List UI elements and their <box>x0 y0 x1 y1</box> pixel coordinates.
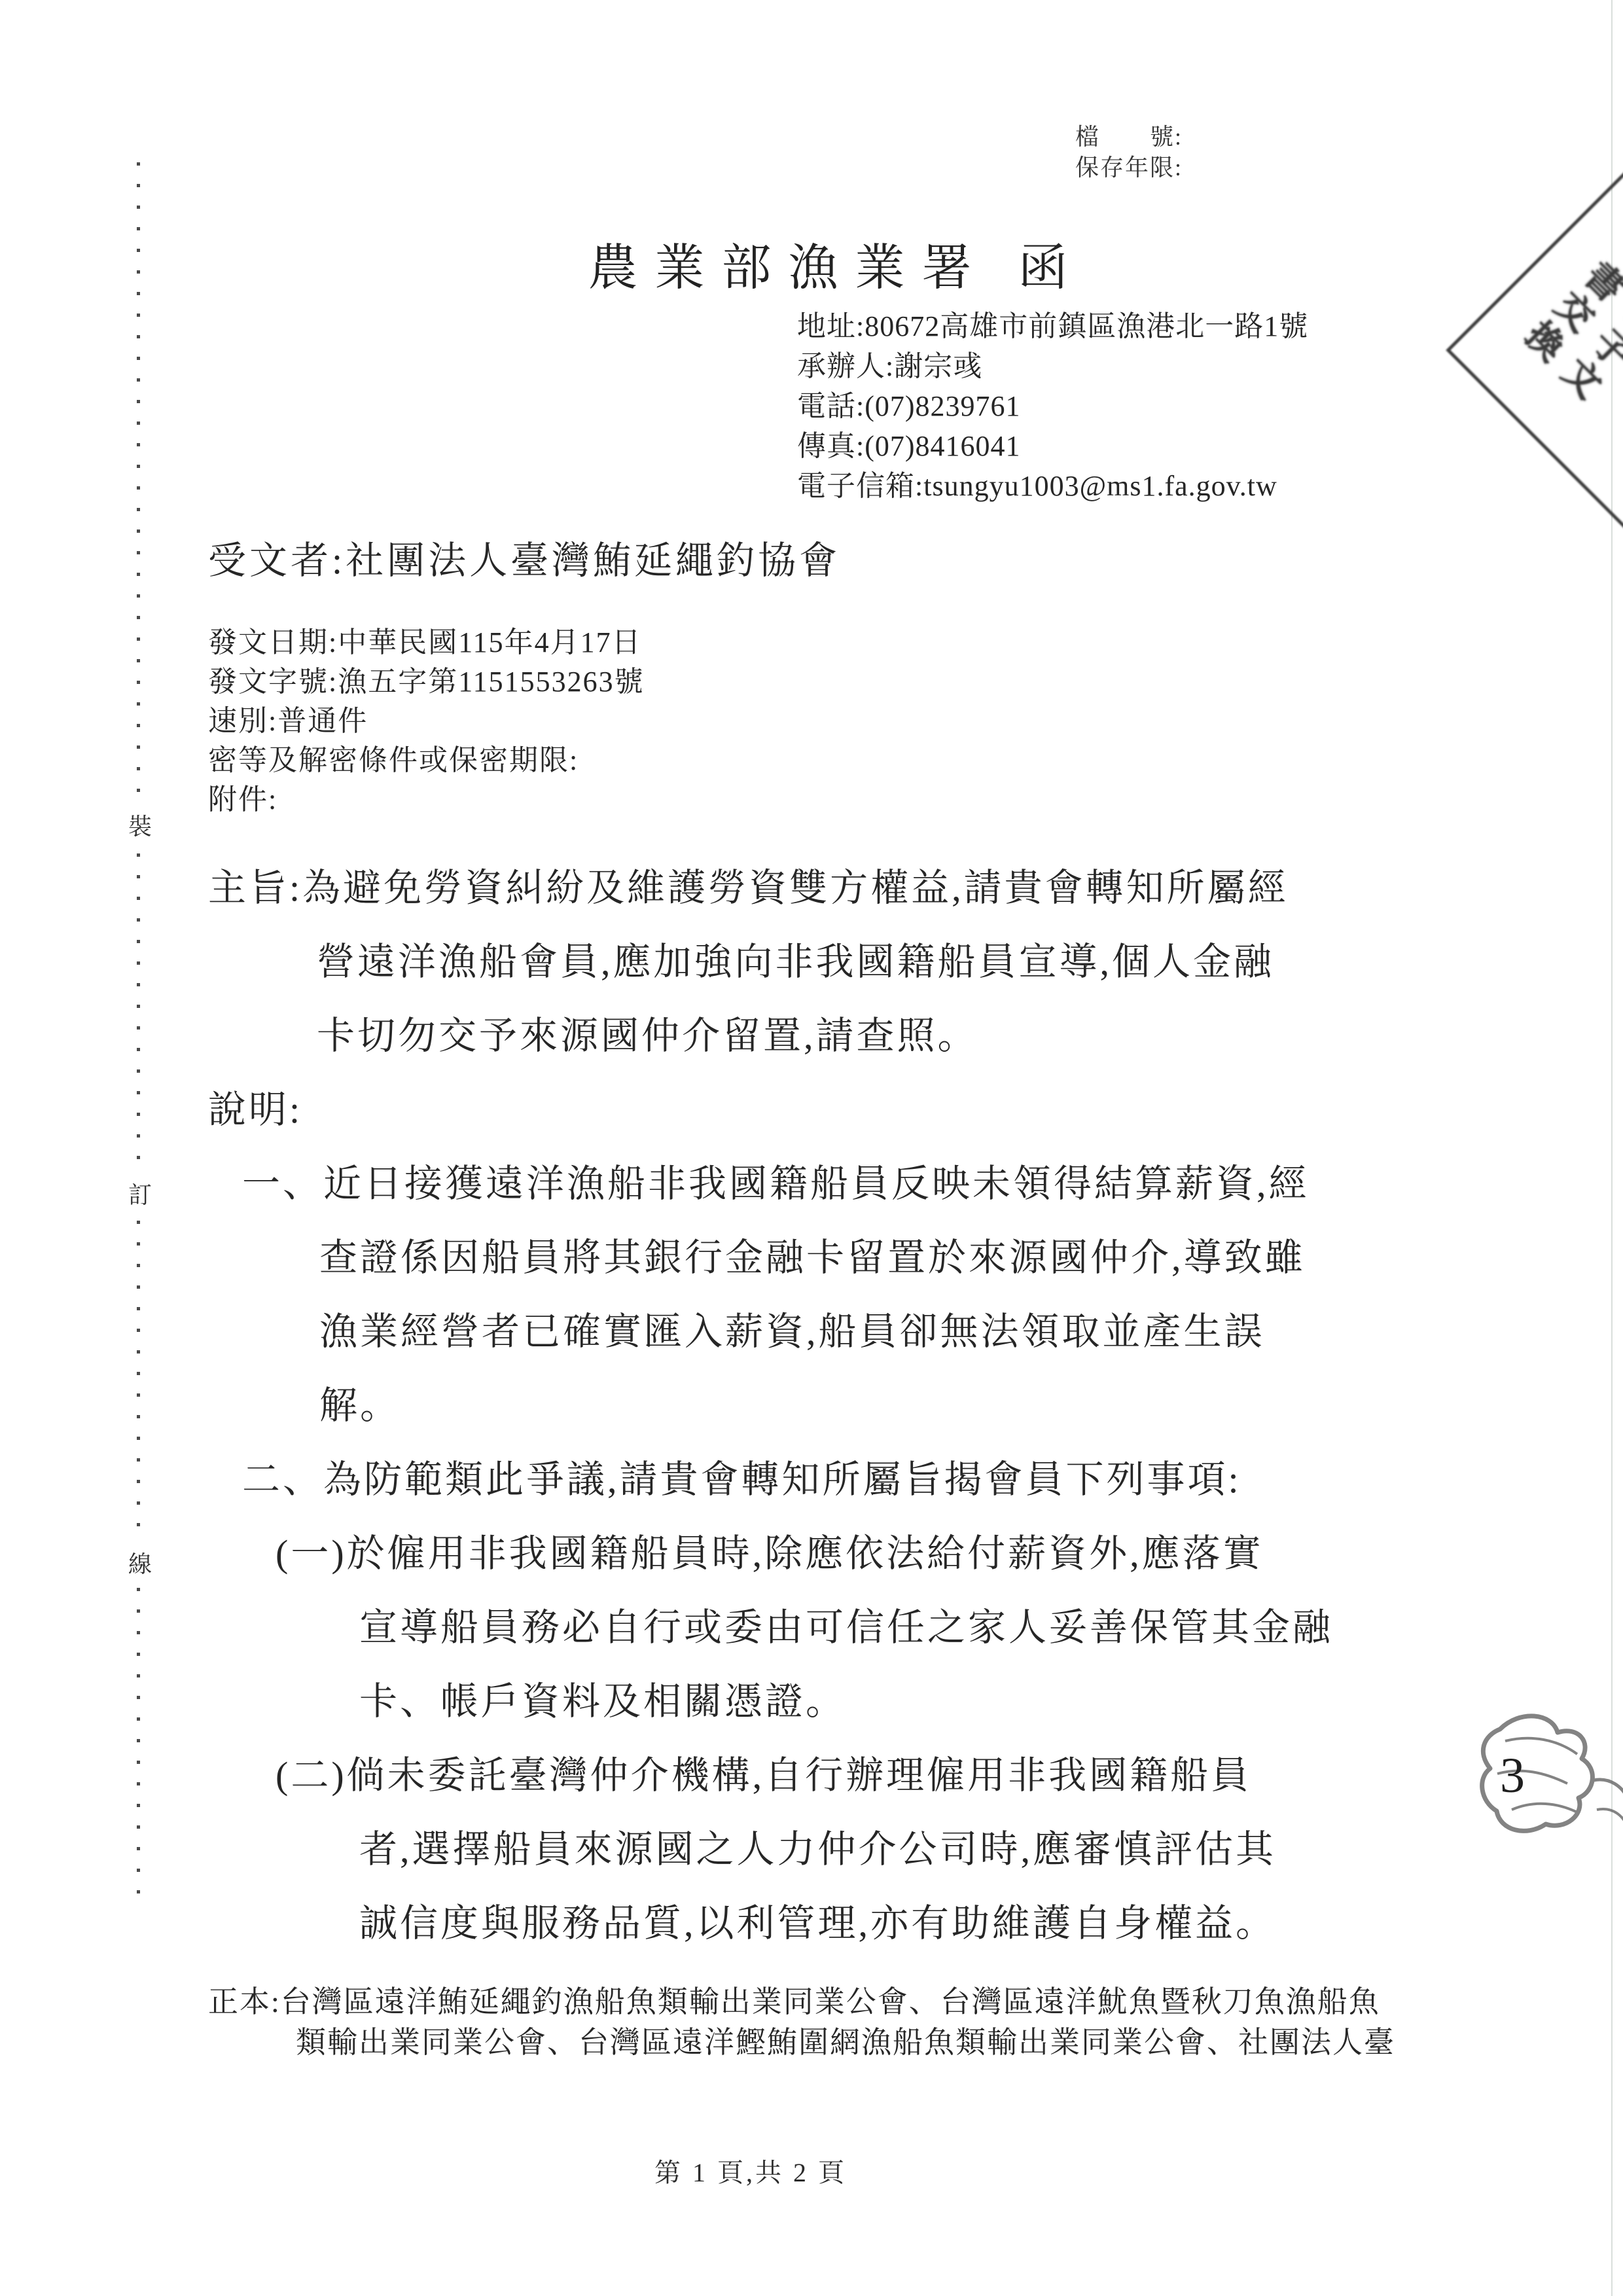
letter-body: 主旨:為避免勞資糾紛及維護勞資雙方權益,請貴會轉知所屬經 營遠洋漁船會員,應加強… <box>208 851 1333 1960</box>
body-line: 查證係因船員將其銀行金融卡留置於來源國仲介,導致雖 <box>208 1221 1333 1295</box>
subject-line: 營遠洋漁船會員,應加強向非我國籍船員宣導,個人金融 <box>208 925 1333 999</box>
security-line: 密等及解密條件或保密期限: <box>208 741 645 780</box>
binding-mark-zhuang: 裝 <box>126 802 154 848</box>
meta-block: 發文日期:中華民國115年4月17日 發文字號:漁五字第1151553263號 … <box>208 623 645 819</box>
body-line: (二)倘未委託臺灣仲介機構,自行辦理僱用非我國籍船員 <box>208 1738 1333 1812</box>
recipient-line: 受文者:社團法人臺灣鮪延繩釣協會 <box>208 524 840 598</box>
file-number-label: 檔 號: <box>1075 122 1183 152</box>
body-line: 誠信度與服務品質,以利管理,亦有助維護自身權益。 <box>208 1886 1333 1960</box>
speed-line: 速別:普通件 <box>208 702 645 741</box>
body-line: 者,選擇船員來源國之人力仲介公司時,應審慎評估其 <box>208 1812 1333 1886</box>
issue-date-line: 發文日期:中華民國115年4月17日 <box>208 623 645 662</box>
body-line: 二、為防範類此爭議,請貴會轉知所屬旨揭會員下列事項: <box>208 1443 1333 1516</box>
agency-phone: 電話:(07)8239761 <box>797 386 1308 426</box>
copy-to-line: 正本:台灣區遠洋鮪延繩釣漁船魚類輸出業同業公會、台灣區遠洋魷魚暨秋刀魚漁船魚 <box>208 1982 1395 2022</box>
body-line: 卡、帳戶資料及相關憑證。 <box>208 1664 1333 1738</box>
agency-email: 電子信箱:tsungyu1003@ms1.fa.gov.tw <box>797 466 1308 506</box>
document-title: 農業部漁業署 函 <box>0 228 1623 299</box>
copy-to-line: 類輸出業同業公會、台灣區遠洋鰹鮪圍網漁船魚類輸出業同業公會、社團法人臺 <box>208 2022 1395 2063</box>
body-line: 漁業經營者已確實匯入薪資,船員卻無法領取並產生誤 <box>208 1295 1333 1369</box>
binding-mark-ding: 訂 <box>126 1170 154 1217</box>
agency-fax: 傳真:(07)8416041 <box>797 426 1308 466</box>
doc-number-line: 發文字號:漁五字第1151553263號 <box>208 662 645 702</box>
retention-period-label: 保存年限: <box>1075 152 1183 183</box>
binding-dotted-line <box>137 162 140 1903</box>
body-line: 宣導船員務必自行或委由可信任之家人妥善保管其金融 <box>208 1590 1333 1664</box>
copy-to-block: 正本:台灣區遠洋鮪延繩釣漁船魚類輸出業同業公會、台灣區遠洋魷魚暨秋刀魚漁船魚 類… <box>208 1982 1395 2063</box>
description-heading: 說明: <box>208 1073 1333 1147</box>
page-footer: 第 1 頁,共 2 頁 <box>654 2152 847 2189</box>
page-number-stamp: 3 <box>1459 1702 1623 1846</box>
subject-line: 主旨:為避免勞資糾紛及維護勞資雙方權益,請貴會轉知所屬經 <box>208 851 1333 925</box>
agency-info-block: 地址:80672高雄市前鎮區漁港北一路1號 承辦人:謝宗彧 電話:(07)823… <box>797 306 1308 506</box>
corner-labels: 檔 號: 保存年限: <box>1075 122 1183 183</box>
agency-address: 地址:80672高雄市前鎮區漁港北一路1號 <box>797 306 1308 346</box>
body-line: (一)於僱用非我國籍船員時,除應依法給付薪資外,應落實 <box>208 1516 1333 1590</box>
attachment-line: 附件: <box>208 780 645 819</box>
subject-line: 卡切勿交予來源國仲介留置,請查照。 <box>208 999 1333 1073</box>
page-number-stamp-digit: 3 <box>1500 1748 1525 1803</box>
binding-mark-xian: 線 <box>126 1539 154 1586</box>
electronic-exchange-stamp: 電子文書交換 <box>1446 170 1623 531</box>
body-line: 一、近日接獲遠洋漁船非我國籍船員反映未領得結算薪資,經 <box>208 1147 1333 1221</box>
document-page: 檔 號: 保存年限: 農業部漁業署 函 地址:80672高雄市前鎮區漁港北一路1… <box>0 0 1623 2296</box>
agency-contact-person: 承辦人:謝宗彧 <box>797 346 1308 386</box>
body-line: 解。 <box>208 1369 1333 1443</box>
